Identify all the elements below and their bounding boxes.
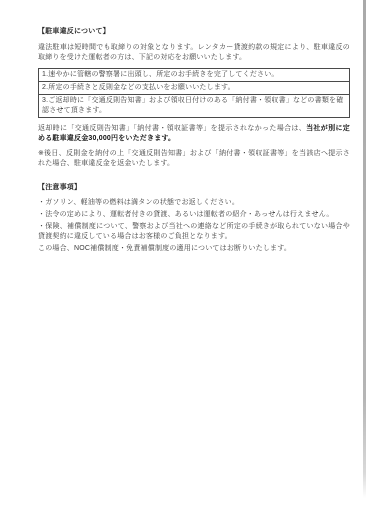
page-edge-shadow bbox=[363, 0, 366, 498]
penalty-text: 返却時に「交通反則告知書」「納付書・領収証書等」を提示されなかった場合は、 bbox=[38, 125, 306, 132]
step-row-2: 2.所定の手続きと反則金などの支払いをお願いいたします。 bbox=[39, 82, 349, 95]
penalty-paragraph: 返却時に「交通反則告知書」「納付書・領収証書等」を提示されなかった場合は、当社が… bbox=[38, 124, 350, 144]
document-page: 【駐車違反について】 違法駐車は短時間でも取締りの対象となります。レンタカー貸渡… bbox=[0, 0, 368, 512]
document-content: 【駐車違反について】 違法駐車は短時間でも取締りの対象となります。レンタカー貸渡… bbox=[38, 27, 350, 256]
note-item-2: ・法令の定めにより、運転者付きの貸渡、あるいは運転者の紹介・あっせんは行えません… bbox=[38, 210, 350, 220]
note-item-1: ・ガソリン、軽油等の燃料は満タンの状態でお返しください。 bbox=[38, 198, 350, 208]
refund-note: ※後日、反則金を納付の上「交通反則告知書」および「納付書・領収証書等」を当該店へ… bbox=[38, 149, 350, 169]
note-item-3: ・保険、補償制度について、警察および当社への連絡など所定の手続きが取られていない… bbox=[38, 222, 350, 242]
steps-table: 1.速やかに管轄の警察署に出頭し、所定のお手続きを完了してください。 2.所定の… bbox=[38, 68, 350, 118]
parking-intro-paragraph: 違法駐車は短時間でも取締りの対象となります。レンタカー貸渡約款の規定により、駐車… bbox=[38, 43, 350, 63]
notes-section-title: 【注意事項】 bbox=[38, 183, 350, 193]
step-row-3: 3.ご返却時に「交通反則告知書」および領収日付けのある「納付書・領収書」などの書… bbox=[39, 95, 349, 117]
note-item-4: この場合、NOC補償制度・免責補償制度の適用についてはお断りいたします。 bbox=[38, 244, 350, 254]
step-row-1: 1.速やかに管轄の警察署に出頭し、所定のお手続きを完了してください。 bbox=[39, 69, 349, 82]
parking-section-title: 【駐車違反について】 bbox=[38, 27, 350, 37]
